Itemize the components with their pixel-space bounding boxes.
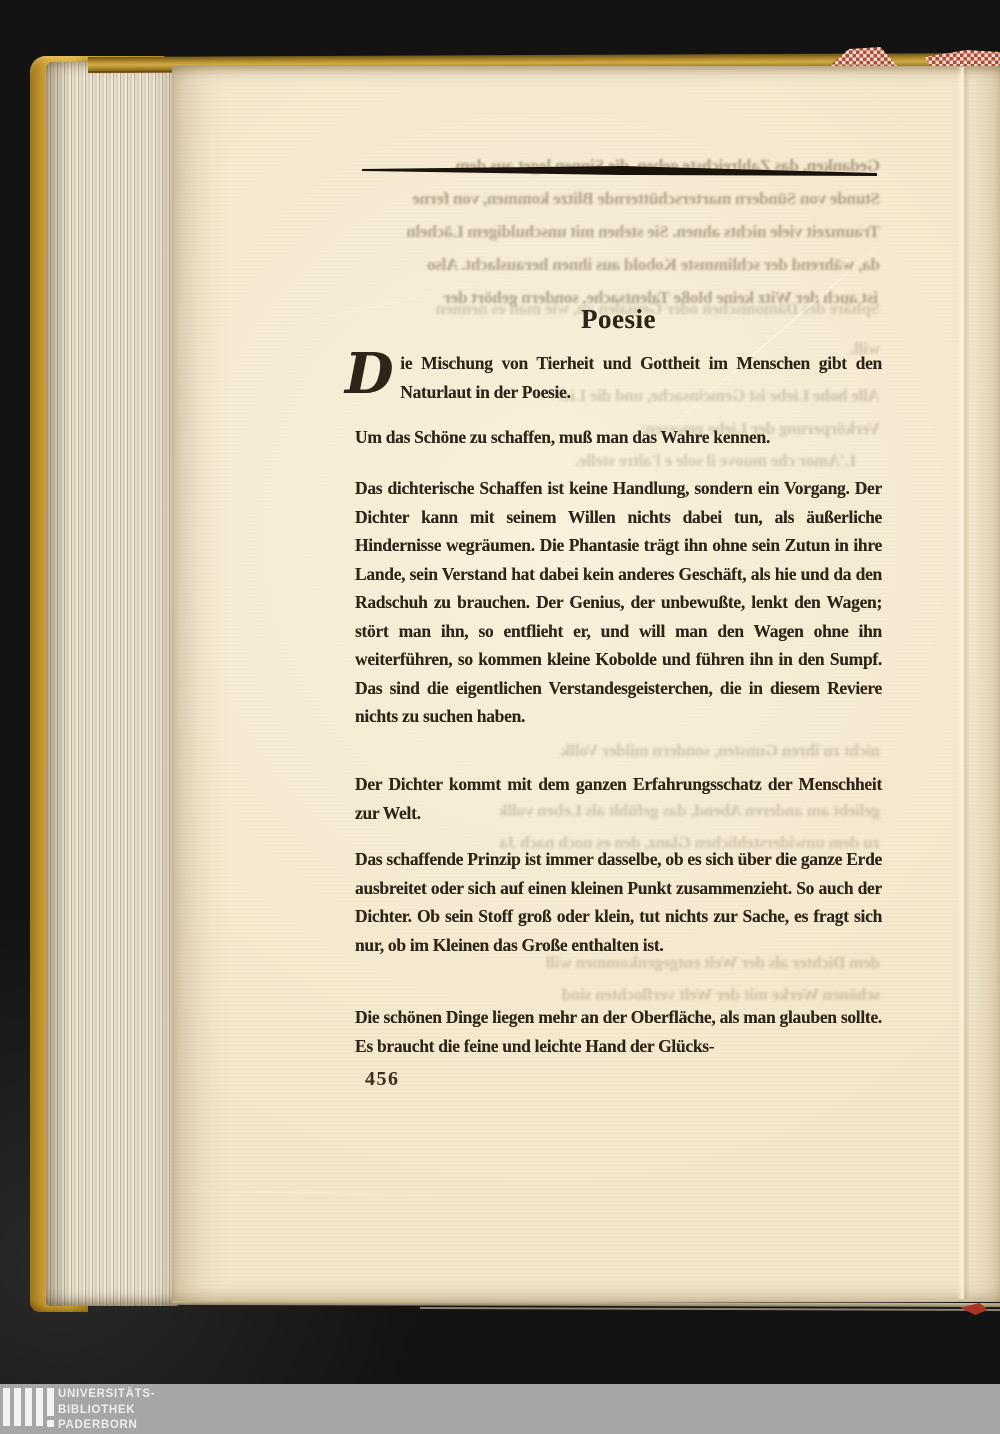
paragraph: Das dichterische Schaffen ist keine Hand… — [355, 474, 882, 731]
bleedthrough-line: Traumzeit viele nichts ahnen. Sie stehen… — [350, 221, 880, 245]
paragraph: Der Dichter kommt mit dem ganzen Erfahru… — [355, 770, 882, 827]
chapter-heading: Poesie — [355, 304, 882, 334]
logo-bar — [25, 1388, 32, 1426]
library-name-line: UNIVERSITÄTS- — [58, 1387, 155, 1403]
page-edges-stack — [46, 62, 178, 1306]
gutter-crease — [957, 67, 970, 1299]
library-footer-band: UNIVERSITÄTS- BIBLIOTHEK PADERBORN — [0, 1384, 1000, 1434]
paragraph: Die Mischung von Tierheit und Gottheit i… — [355, 349, 882, 406]
logo-bar — [36, 1388, 43, 1426]
paragraph-text: ie Mischung von Tierheit und Gottheit im… — [400, 353, 882, 402]
logo-exclamation-dot — [47, 1420, 54, 1427]
logo-exclamation-bar — [47, 1388, 54, 1416]
book-scan: Gedanken, das Zahlreichste geben, die Si… — [0, 0, 1000, 1434]
library-name: UNIVERSITÄTS- BIBLIOTHEK PADERBORN — [58, 1387, 155, 1434]
bleedthrough-line: da, während der schlimmste Kobold aus ih… — [352, 254, 880, 278]
ink-stroke — [362, 165, 877, 179]
paragraph: Die schönen Dinge liegen mehr an der Obe… — [355, 1003, 882, 1060]
page-number: 456 — [365, 1066, 400, 1092]
paragraph: Das schaffende Prinzip ist immer dasselb… — [355, 845, 882, 959]
bleedthrough-line: L'Amor che muove il sole e l'altre stell… — [356, 450, 856, 474]
logo-bar — [14, 1388, 21, 1426]
library-name-line: PADERBORN — [58, 1418, 155, 1434]
drop-cap: D — [345, 352, 393, 396]
logo-bar — [3, 1388, 10, 1426]
bleedthrough-line: Stunde von Sündern marterschütternde Bli… — [355, 188, 880, 212]
library-name-line: BIBLIOTHEK — [58, 1403, 155, 1419]
bleedthrough-line: nicht zu ihren Gunsten, sondern milder V… — [560, 740, 880, 764]
paragraph: Um das Schöne zu schaffen, muß man das W… — [355, 423, 882, 452]
